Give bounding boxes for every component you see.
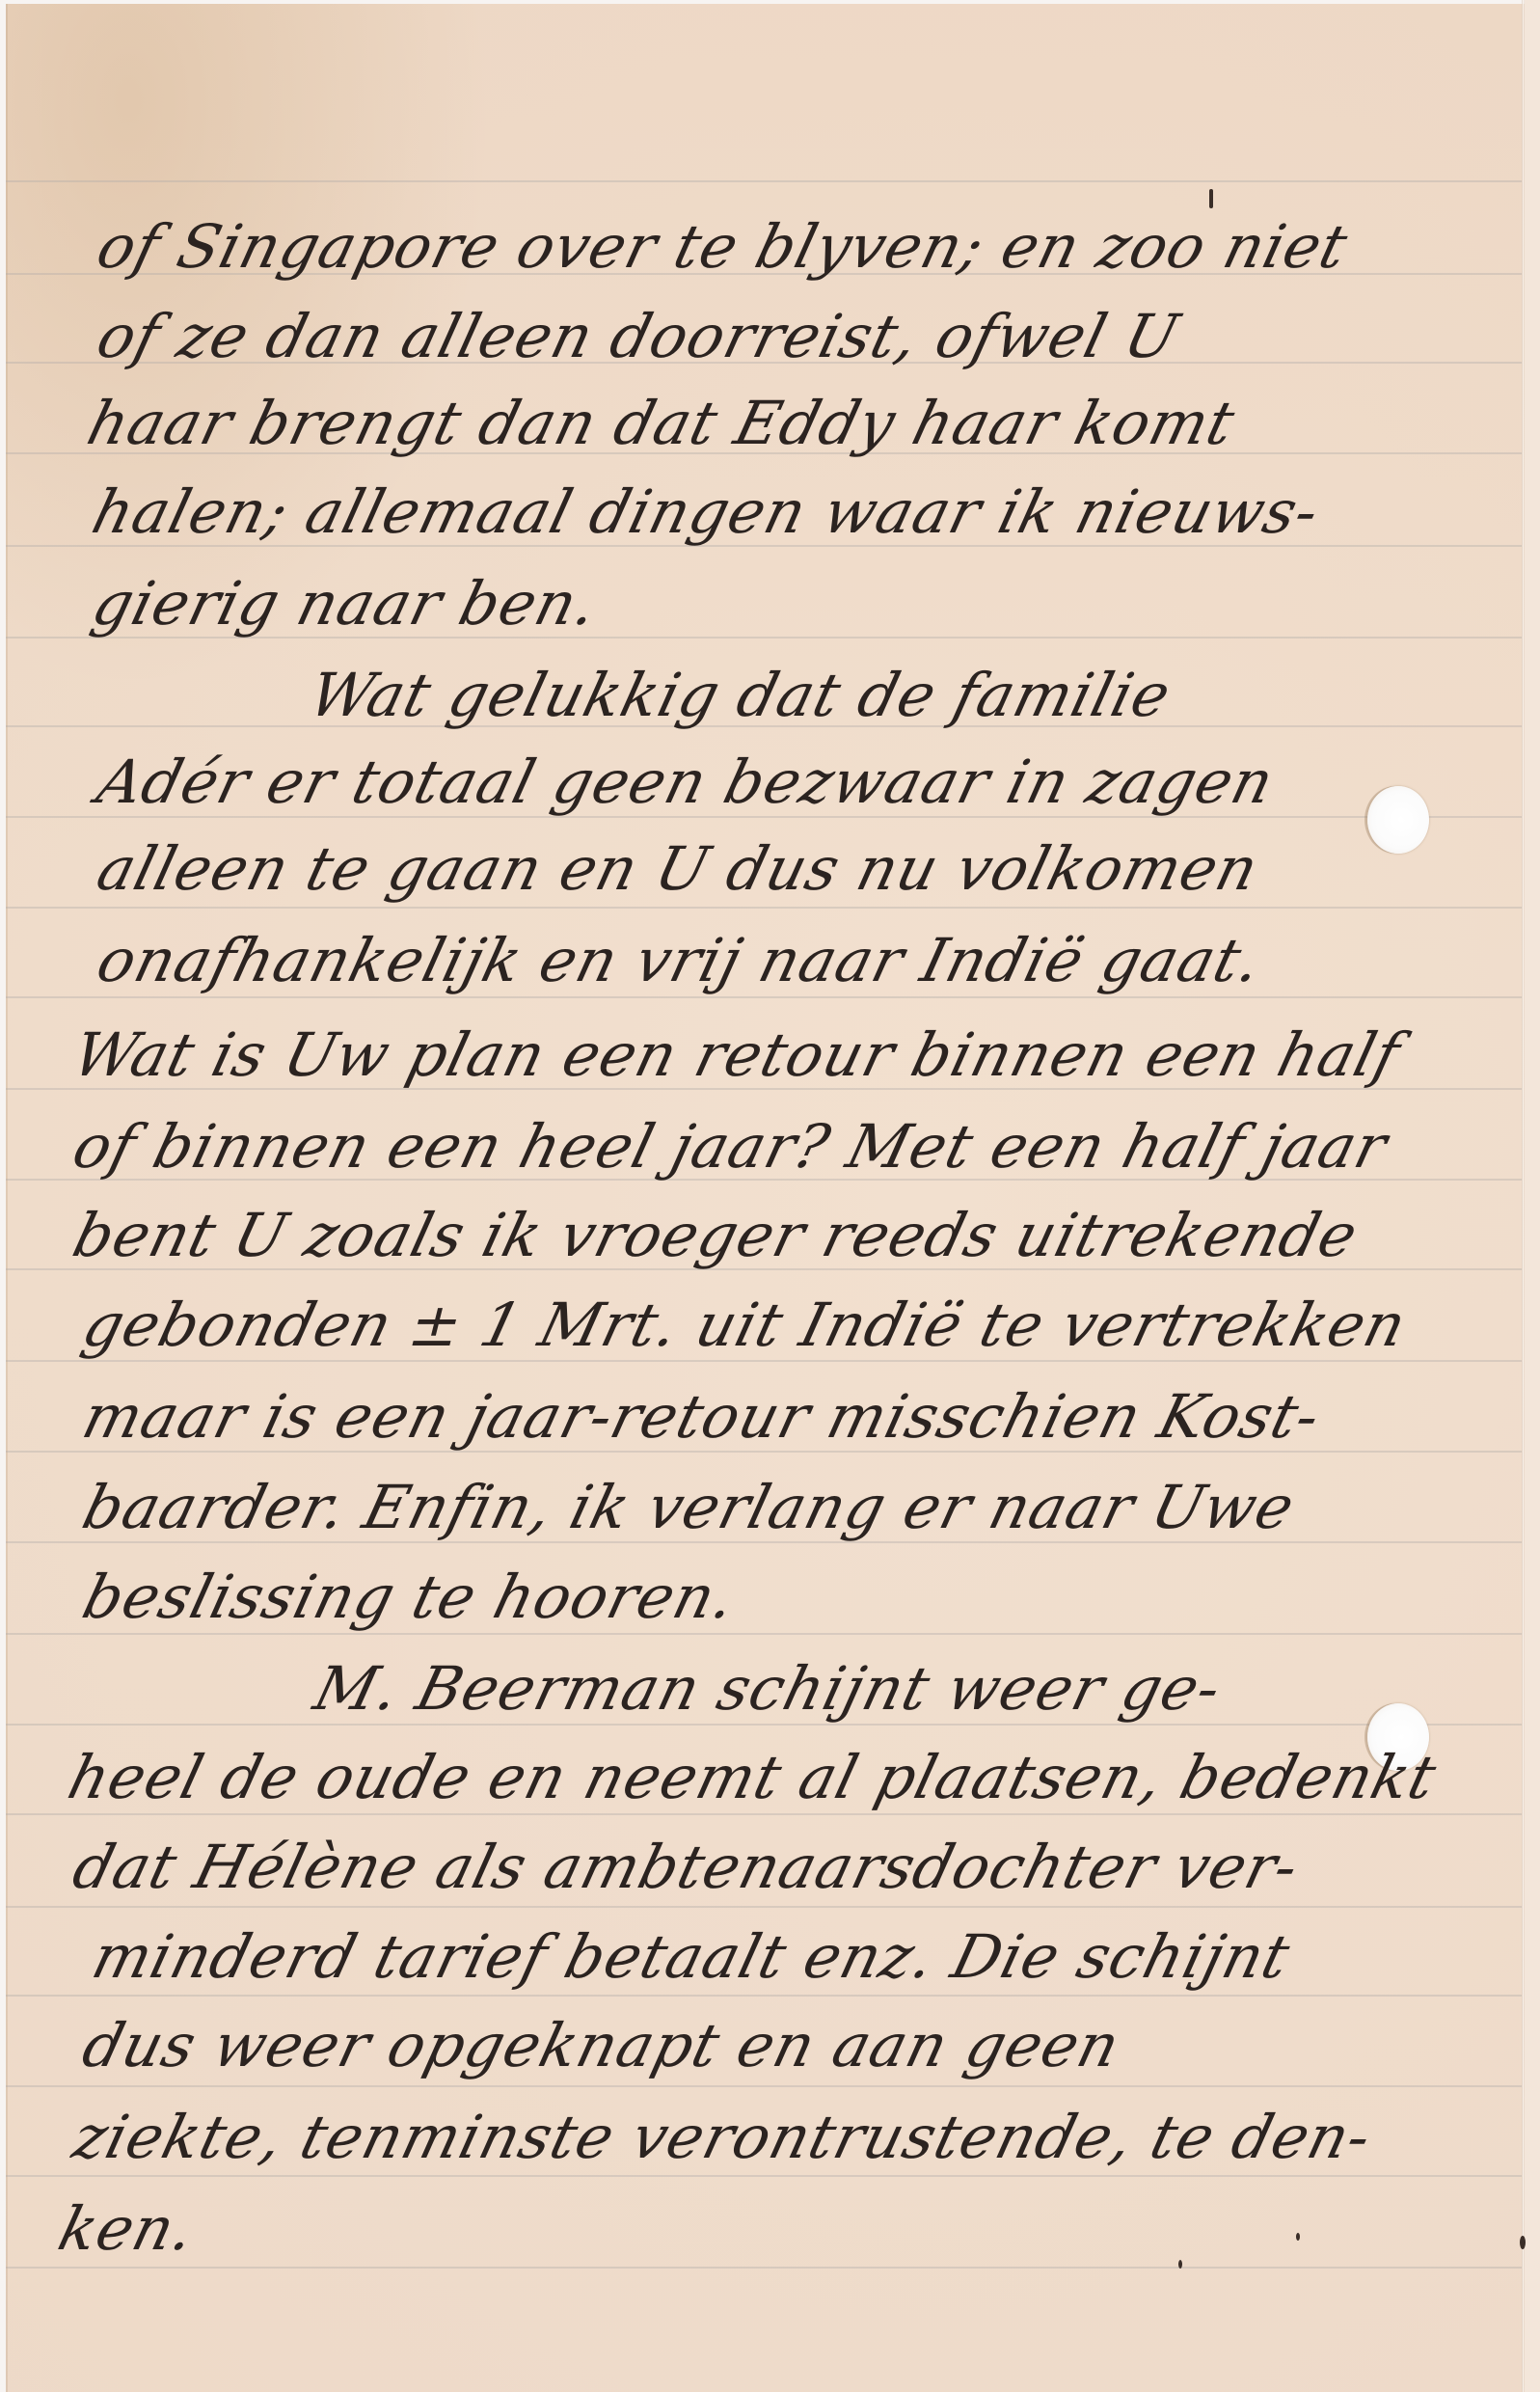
ruled-line — [6, 180, 1522, 182]
text-line: heel de oude en neemt al plaatsen, beden… — [63, 1748, 1443, 1808]
ink-speck — [1520, 2236, 1526, 2249]
punch-hole — [1367, 786, 1429, 854]
ruled-line — [6, 1360, 1522, 1362]
text-line: of ze dan alleen doorreist, ofwel U — [92, 307, 1185, 367]
ink-speck — [1209, 189, 1213, 208]
text-line: alleen te gaan en U dus nu volkomen — [92, 839, 1264, 899]
paragraph-start-line: M. Beerman schijnt weer ge- — [309, 1659, 1228, 1719]
text-line: gebonden ± 1 Mrt. uit Indië te vertrekke… — [77, 1295, 1412, 1355]
text-line: Wat is Uw plan een retour binnen een hal… — [68, 1025, 1406, 1085]
paper-edge — [1525, 0, 1540, 2392]
text-line: of binnen een heel jaar? Met een half ja… — [68, 1117, 1393, 1177]
fold-line — [1522, 0, 1525, 2392]
ruled-line — [6, 1906, 1522, 1908]
paragraph-start-line: Wat gelukkig dat de familie — [304, 666, 1176, 725]
ruled-line — [6, 1633, 1522, 1635]
ruled-line — [6, 2267, 1522, 2269]
ruled-line — [6, 2085, 1522, 2087]
text-line: dus weer opgeknapt en aan geen — [77, 2016, 1125, 2076]
ruled-line — [6, 1995, 1522, 1997]
ruled-line — [6, 907, 1522, 909]
text-line: beslissing te hooren. — [77, 1567, 742, 1627]
ruled-line — [6, 1813, 1522, 1815]
text-line: halen; allemaal dingen waar ik nieuws- — [87, 482, 1325, 542]
text-line: maar is een jaar-retour misschien Kost- — [77, 1387, 1326, 1447]
text-line: baarder. Enfin, ik verlang er naar Uwe — [77, 1478, 1300, 1537]
ruled-line — [6, 996, 1522, 998]
text-line: Adér er totaal geen bezwaar in zagen — [92, 752, 1280, 812]
text-line: gierig naar ben. — [87, 574, 604, 634]
ink-speck — [1296, 2233, 1300, 2241]
text-line: onafhankelijk en vrij naar Indië gaat. — [92, 931, 1267, 991]
text-line: of Singapore over te blyven; en zoo niet — [92, 217, 1354, 277]
ink-speck — [1178, 2260, 1182, 2269]
text-line: ken. — [53, 2199, 201, 2259]
text-line: bent U zoals ik vroeger reeds uitrekende — [68, 1206, 1364, 1265]
text-line: minderd tarief betaalt enz. Die schijnt — [87, 1927, 1296, 1987]
text-line: haar brengt dan dat Eddy haar komt — [82, 394, 1241, 453]
text-line: dat Hélène als ambtenaarsdochter ver- — [68, 1837, 1305, 1897]
text-line: ziekte, tenminste verontrustende, te den… — [68, 2107, 1377, 2167]
ruled-line — [6, 1724, 1522, 1726]
ruled-line — [6, 2175, 1522, 2177]
